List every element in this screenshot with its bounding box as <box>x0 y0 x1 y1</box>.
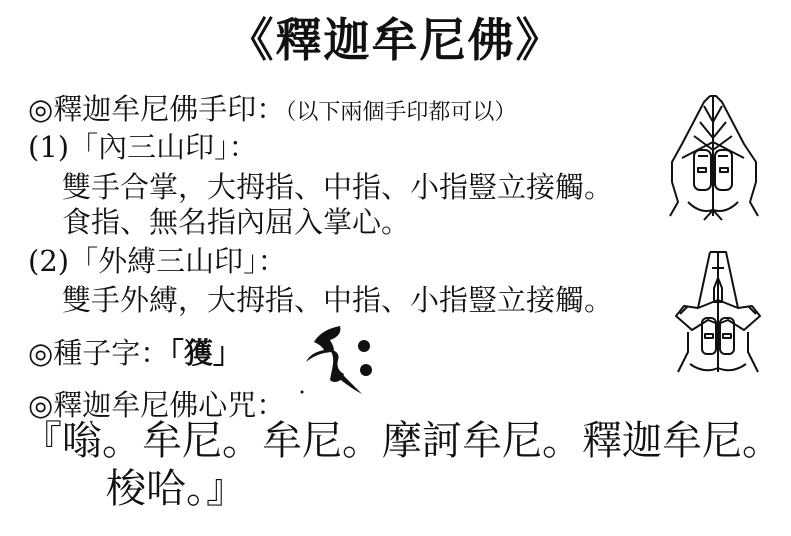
mudra-1-line-2: 食指、無名指內屈入掌心。 <box>62 205 410 239</box>
outer-mudra-hands-illustration <box>668 248 768 382</box>
mudra-1-line-1: 雙手合掌，大拇指、中指、小指豎立接觸。 <box>62 170 613 204</box>
inner-mudra-hands-illustration <box>660 92 770 226</box>
seed-syllable-heading: ◎種子字： <box>28 336 169 370</box>
seed-syllable-row: ◎種子字：「獲」 <box>28 336 242 370</box>
page-title: 《釋迦牟尼佛》 <box>0 4 791 70</box>
mantra-line-1: 『嗡。牟尼。牟尼。摩訶牟尼。釋迦牟尼。 <box>22 418 782 464</box>
mantra-line-2: 梭哈。』 <box>106 466 246 512</box>
mudra-2-line-1: 雙手外縛，大拇指、中指、小指豎立接觸。 <box>62 283 613 317</box>
seed-syllable-char: 「獲」 <box>169 336 242 370</box>
mudra-note: （以下兩個手印都可以） <box>285 100 516 125</box>
mudra-heading-row: ◎釋迦牟尼佛手印：（以下兩個手印都可以） <box>28 92 516 130</box>
mudra-heading: ◎釋迦牟尼佛手印： <box>28 92 285 126</box>
mudra-2-label: (2)「外縛三山印」： <box>28 244 287 278</box>
mantra-heading: ◎釋迦牟尼佛心咒： <box>28 388 285 422</box>
siddham-seed-syllable-icon <box>296 322 376 400</box>
mudra-1-label: (1)「內三山印」： <box>28 130 258 164</box>
